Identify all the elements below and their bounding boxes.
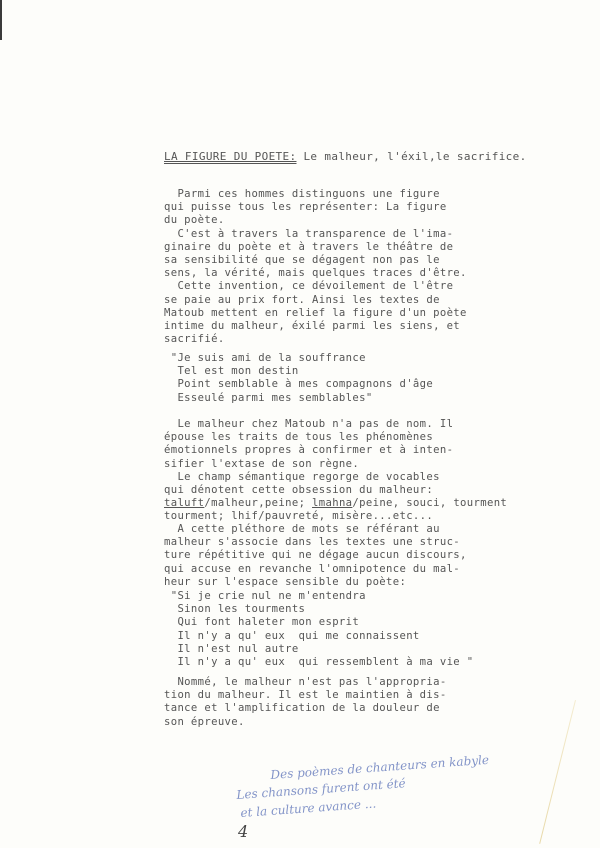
document-title: LA FIGURE DU POETE: Le malheur, l'éxil,l…: [164, 150, 527, 163]
page-number: 4: [238, 822, 248, 841]
poem-quote-2: "Si je crie nul ne m'entendra Sinon les …: [164, 590, 474, 669]
vocab-term-lmahna: lmahna: [312, 497, 352, 509]
vocab-gloss-1: /malheur,peine;: [204, 497, 312, 509]
paper-fold-line: [539, 700, 576, 844]
paragraph-malheur: Le malheur chez Matoub n'a pas de nom. I…: [164, 418, 453, 497]
paragraph-conclusion: Nommé, le malheur n'est pas l'appropria-…: [164, 676, 447, 729]
vocabulary-line-1: taluft/malheur,peine; lmahna/peine, souc…: [164, 497, 507, 510]
paragraph-structure: A cette pléthore de mots se référant au …: [164, 523, 467, 589]
vocab-gloss-2: /peine, souci, tourment: [352, 497, 507, 509]
poem-quote-1: "Je suis ami de la souffrance Tel est mo…: [164, 352, 433, 405]
vocabulary-line-2: tourment; lhif/pauvreté, misère...etc...: [164, 510, 433, 523]
handwritten-note-line-2: Les chansons furent ont été: [236, 776, 406, 802]
paragraph-intro: Parmi ces hommes distinguons une figure …: [164, 188, 467, 346]
title-subheading: Le malheur, l'éxil,le sacrifice.: [296, 150, 526, 163]
scan-edge: [0, 0, 2, 40]
vocab-term-taluft: taluft: [164, 497, 204, 509]
title-heading: LA FIGURE DU POETE:: [164, 150, 296, 163]
